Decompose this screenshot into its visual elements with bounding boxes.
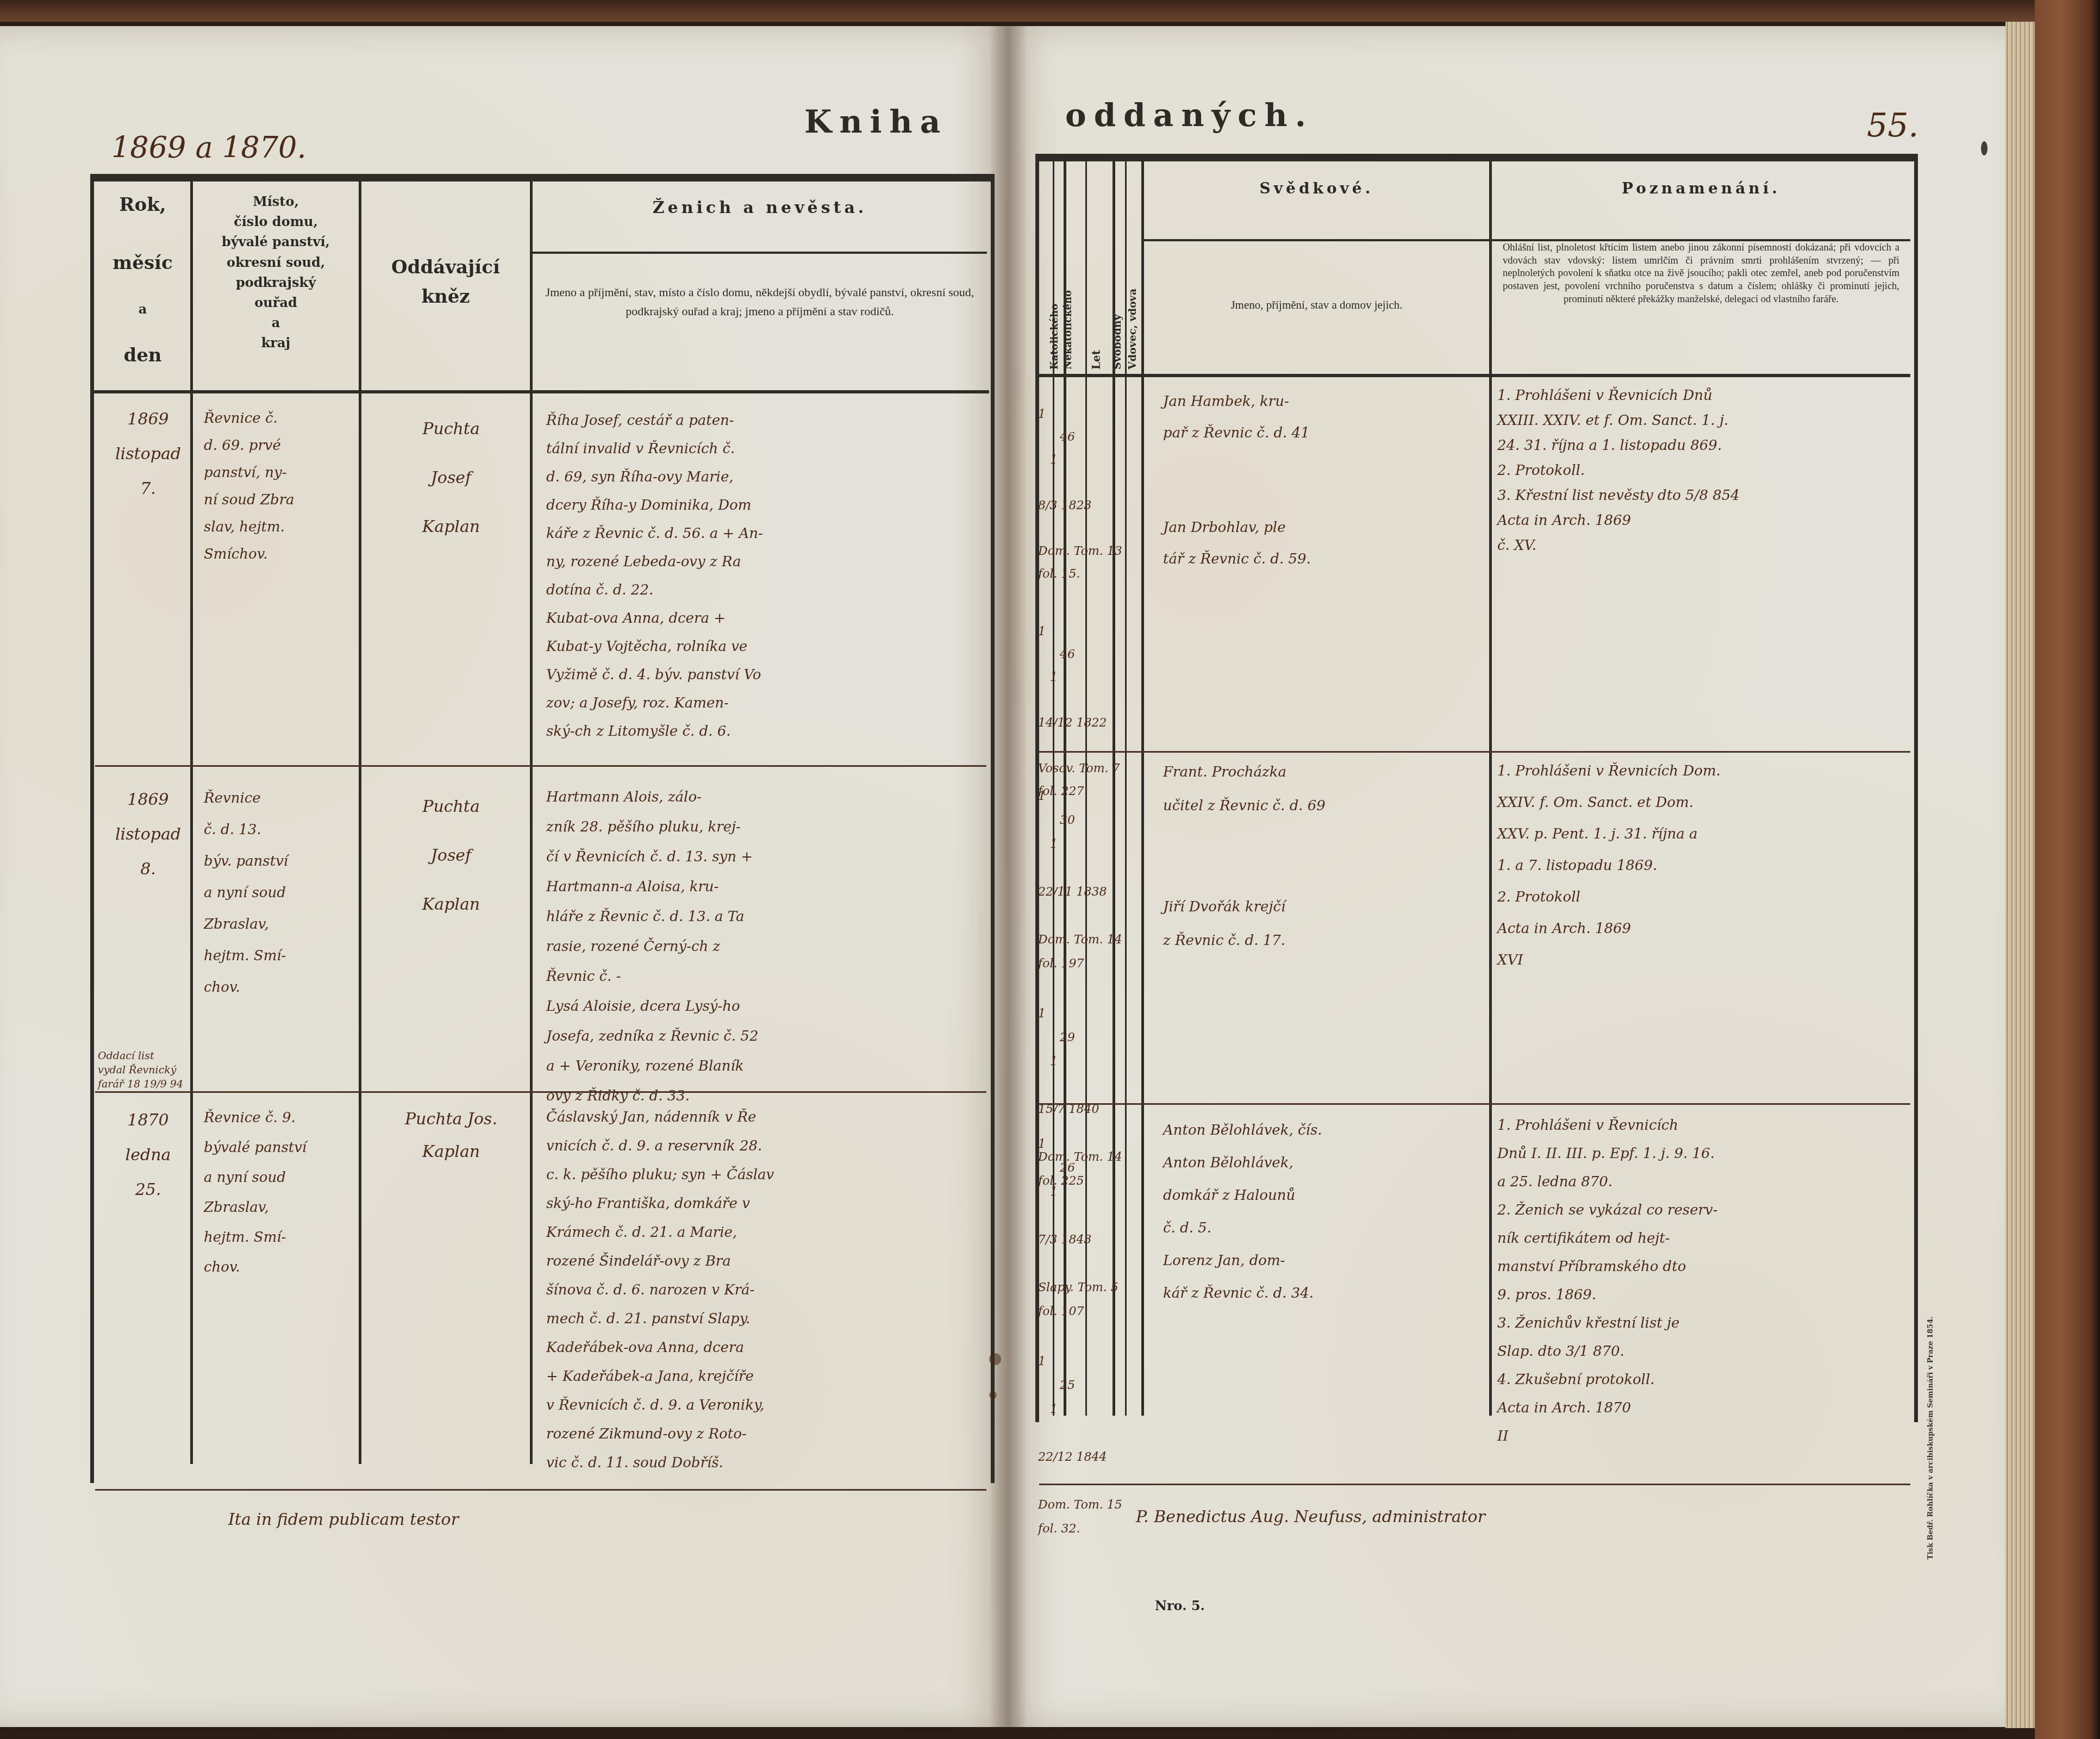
- entry-remarks: 1. Prohlášeni v Řevnicích Dnů XXIII. XXI…: [1497, 383, 1910, 558]
- entry-witnesses: Jan Hambek, kru- pař z Řevnic č. d. 41 J…: [1163, 386, 1484, 575]
- book-gutter: [989, 26, 1027, 1727]
- entry-date: 1869 listopad 7.: [103, 402, 193, 506]
- groom-birth: 22/11 1838: [1038, 885, 1107, 899]
- groom-age: 30: [1060, 814, 1075, 827]
- ink-stain: [1981, 141, 1987, 155]
- groom-single-mark: 1: [1050, 453, 1058, 467]
- groom-register-data: 1 26 1 7/3 1843 Slapy. Tom. 5 fol. 107.: [1038, 1109, 1141, 1324]
- header-place-line: bývalé panství,: [193, 232, 359, 252]
- header-date-line: a: [95, 297, 190, 322]
- right-header-rule: [1039, 374, 1910, 377]
- header-remarks-title: Poznamenání.: [1492, 179, 1910, 197]
- entry-separator: [95, 1489, 986, 1491]
- entry-priest: Puchta Josef Kaplan: [375, 405, 527, 552]
- printer-imprint: Tisk Bedř. Rohlíčka v arcibiskupském Sem…: [1927, 1299, 1935, 1560]
- header-date-line: Rok,: [95, 187, 190, 223]
- bride-single-mark: 1: [1050, 671, 1058, 684]
- book-title-left: Kniha: [804, 103, 948, 140]
- entry-margin-note: Oddací list vydal Řevnický farář 18 19/9…: [98, 1049, 283, 1091]
- entry-separator: [1039, 1103, 1910, 1105]
- header-place-line: podkrajský: [193, 272, 359, 292]
- entry-witnesses: Anton Bělohlávek, čís. Anton Bělohlávek,…: [1163, 1114, 1484, 1310]
- bride-register-data: 1 25 1 22/12 1844 Dom. Tom. 15 fol. 32.: [1038, 1326, 1141, 1541]
- header-place: Místo, číslo domu, bývalé panství, okres…: [193, 191, 359, 353]
- bride-single-mark: 1: [1050, 1403, 1058, 1416]
- entry-date: 1869 listopad 8.: [103, 783, 193, 887]
- subheader-rule: [1144, 239, 1910, 241]
- groom-register-data: 1 46 1 8/3 1823 Dom. Tom. 13 fol. 15.: [1038, 380, 1141, 586]
- col-sep: [1141, 160, 1144, 1416]
- header-single: Svobodný: [1111, 283, 1123, 370]
- header-date-line: měsíc: [95, 246, 190, 281]
- header-couple-title: Ženich a nevěsta.: [533, 198, 987, 217]
- header-date: Rok, měsíc a den: [95, 187, 190, 373]
- groom-single-mark: 1: [1050, 837, 1058, 851]
- entry-separator: [95, 1091, 986, 1093]
- bride-birth: 22/12 1844: [1038, 1450, 1107, 1464]
- header-noncatholic: Nekatolického: [1062, 245, 1074, 370]
- entry-place: Řevnice č. d. 69. prvé panství, ny- ní s…: [204, 405, 359, 568]
- col-sep: [1489, 155, 1492, 1416]
- header-place-line: a: [193, 312, 359, 333]
- groom-register-ref: Slapy. Tom. 5 fol. 107.: [1038, 1281, 1118, 1318]
- header-priest-line: kněz: [361, 282, 530, 311]
- groom-birth: 8/3 1823: [1038, 499, 1091, 512]
- entry-separator: [1039, 1484, 1910, 1485]
- header-remarks-desc: Ohlášní list, plnoletost křtícím listem …: [1503, 242, 1899, 306]
- entry-priest: Puchta Jos. Kaplan: [375, 1103, 527, 1168]
- groom-catholic-mark: 1: [1038, 790, 1046, 803]
- page-edges: [2005, 22, 2038, 1728]
- entry-remarks: 1. Prohlášeni v Řevnicích Dom. XXIV. f. …: [1497, 755, 1910, 976]
- header-place-line: kraj: [193, 333, 359, 353]
- header-priest-line: Oddávající: [361, 253, 530, 282]
- book-binding-top: [0, 0, 2100, 22]
- bride-catholic-mark: 1: [1038, 1007, 1046, 1021]
- groom-age: 46: [1060, 430, 1075, 444]
- left-header-rule: [92, 390, 989, 393]
- closing-signature: P. Benedictus Aug. Neufuss, administrato…: [1136, 1500, 1908, 1535]
- groom-catholic-mark: 1: [1038, 408, 1046, 421]
- book-title-right: oddaných.: [1065, 97, 1314, 134]
- entry-place: Řevnice č. 9. bývalé panství a nyní soud…: [204, 1103, 361, 1283]
- entry-place: Řevnice č. d. 13. býv. panství a nyní so…: [204, 783, 359, 1003]
- header-witnesses-desc: Jmeno, příjmění, stav a domov jejich.: [1144, 296, 1489, 315]
- entry-separator: [95, 765, 986, 767]
- header-place-line: ouřad: [193, 292, 359, 312]
- entry-priest: Puchta Josef Kaplan: [375, 783, 527, 929]
- form-number: Nro. 5.: [1155, 1598, 1205, 1613]
- entry-couple: Čáslavský Jan, nádenník v Ře vnicích č. …: [546, 1103, 986, 1478]
- header-priest: Oddávající kněz: [361, 253, 530, 312]
- entry-couple: Hartmann Alois, zálo- zník 28. pěšího pl…: [546, 783, 986, 1111]
- closing-attestation: Ita in fidem publicam testor: [228, 1503, 880, 1537]
- bride-age: 46: [1060, 648, 1075, 661]
- groom-register-ref: Dom. Tom. 13 fol. 15.: [1038, 545, 1122, 581]
- header-place-line: číslo domu,: [193, 211, 359, 232]
- bride-catholic-mark: 1: [1038, 1355, 1046, 1368]
- header-age: Let: [1090, 326, 1103, 370]
- bride-catholic-mark: 1: [1038, 625, 1046, 639]
- header-place-line: Místo,: [193, 191, 359, 211]
- header-couple-desc: Jmeno a příjmění, stav, místo a číslo do…: [543, 283, 976, 321]
- page-number: 55.: [1867, 107, 1918, 145]
- entry-couple: Říha Josef, cestář a paten- tální invali…: [546, 406, 986, 746]
- col-sep: [530, 182, 533, 1464]
- ink-stain: [989, 1353, 1001, 1365]
- header-place-line: okresní soud,: [193, 252, 359, 272]
- groom-age: 26: [1060, 1161, 1075, 1175]
- bride-age: 29: [1060, 1031, 1075, 1044]
- bride-single-mark: 1: [1050, 1055, 1058, 1068]
- ink-stain: [989, 1391, 997, 1399]
- bride-age: 25: [1060, 1379, 1075, 1392]
- header-date-line: den: [95, 338, 190, 373]
- groom-register-ref: Dom. Tom. 14 fol. 197.: [1038, 933, 1122, 971]
- couple-header-rule: [533, 252, 987, 254]
- header-witnesses-title: Svědkové.: [1144, 179, 1489, 197]
- header-widowed: Vdovec, vdova: [1127, 255, 1139, 370]
- entry-remarks: 1. Prohlášeni v Řevnicích Dnů I. II. III…: [1497, 1111, 1910, 1450]
- groom-register-data: 1 30 1 22/11 1838 Dom. Tom. 14 fol. 197.: [1038, 761, 1141, 976]
- entry-date: 1870 ledna 25.: [103, 1103, 193, 1208]
- groom-birth: 7/3 1843: [1038, 1233, 1091, 1247]
- groom-single-mark: 1: [1050, 1185, 1058, 1199]
- years-handwritten: 1869 a 1870.: [111, 130, 307, 165]
- entry-witnesses: Frant. Procházka učitel z Řevnic č. d. 6…: [1163, 755, 1484, 958]
- bride-birth: 14/12 1822: [1038, 716, 1107, 730]
- entry-separator: [1039, 751, 1910, 753]
- bride-register-ref: Dom. Tom. 15 fol. 32.: [1038, 1498, 1122, 1536]
- leather-cover: [2035, 0, 2100, 1739]
- groom-catholic-mark: 1: [1038, 1137, 1046, 1151]
- header-catholic: Katolického: [1049, 261, 1060, 370]
